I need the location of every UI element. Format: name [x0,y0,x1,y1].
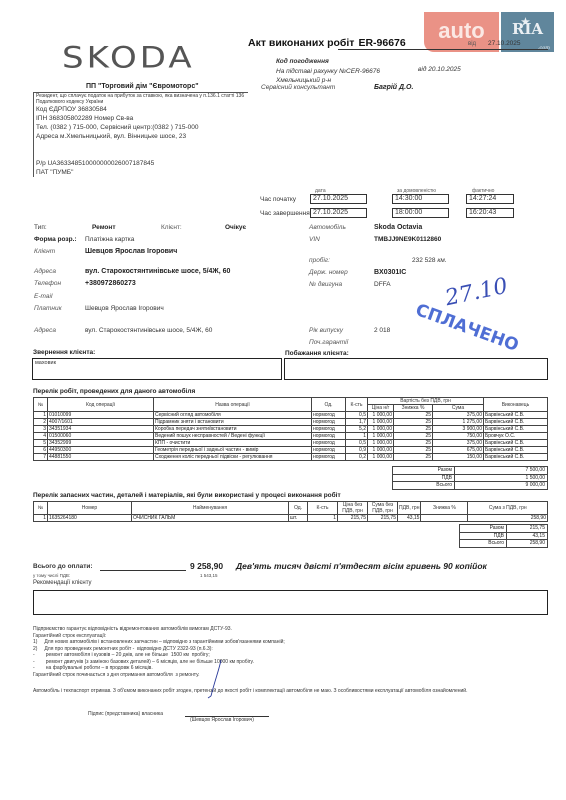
customer-name: Шевцов Ярослав Ігорович [85,248,177,255]
star-icon: ★ [521,6,530,40]
start-date-field: 27.10.2025 [310,194,367,204]
cell-discount [421,515,468,522]
complaint-box: маховик [32,358,282,380]
cell-qty: 1 [346,433,368,440]
cell-discount: 25 [394,412,433,419]
vat-amount: 1 543,15 [200,573,218,578]
cell-sum-vat: 258,90 [468,515,548,522]
signature-mark [205,658,225,700]
cell-performer: Барвінський С.В. [484,440,548,447]
cell-name: Ведений пошук несправностей / Ведені фун… [154,433,312,440]
cell-name: ОЧИСНИК ГАЛЬМ [132,515,289,522]
parts-title: Перелік запасних частин, деталей і матер… [33,492,341,499]
mileage-label: пробіг: [309,257,330,264]
approval-code-label: Код погодження [276,57,380,67]
cell-price: 1 000,00 [368,426,394,433]
cell-price: 1 000,00 [368,447,394,454]
col-discount: Знижка % [394,405,433,412]
plate-number: BX0301IC [374,269,406,276]
total-amount: 9 258,90 [190,561,223,571]
totals-row: ПДВ43,15 [460,532,548,540]
client-status-label: Клієнт: [161,224,182,231]
payer-label: Платник [34,305,62,312]
act-title: Акт виконаних робітER-96676 [248,37,406,49]
company-ipn: ІПН 368305802289 Номер Св-ва [36,114,248,123]
email-label: E-mail [34,293,52,300]
cell-code: 44881550 [48,454,154,461]
col-name: Найменування [132,502,289,515]
warranty-text: Підприємство гарантує відповідність відр… [33,626,553,678]
col-no: № [34,398,48,412]
cell-no: 3 [34,426,48,433]
works-table: № Код операції Назва операції Од. К-сть … [33,397,548,461]
cell-discount: 25 [394,433,433,440]
mileage-value: 232 528 [412,257,436,264]
col-price: Ціна н/г [368,405,394,412]
cell-code: 01500060 [48,433,154,440]
cell-sum: 1 275,00 [433,419,484,426]
mileage: 232 528 км. [412,257,447,264]
vat-label: у тому числі ПДВ: [33,573,70,578]
cell-qty: 0,5 [346,412,368,419]
company-account: Р/р UA363348510000000026007187845 [36,159,248,168]
wish-box [284,358,548,380]
cell-sum: 375,00 [433,412,484,419]
table-row: 644950300Геометрія передньої і задньої ч… [34,447,548,454]
cell-qty: 1 [308,515,338,522]
totals-row: Разом7 500,00 [393,467,548,475]
cell-no: 1 [34,412,48,419]
cell-performer: Барвінський С.В. [484,447,548,454]
col-sum-vat: Сума з ПДВ, грн [468,502,548,515]
cell-price: 1 000,00 [368,433,394,440]
cell-unit: нормогод [312,412,346,419]
cell-unit: нормогод [312,419,346,426]
table-row: 534352999КПП - очиститинормогод0,51 000,… [34,440,548,447]
end-date-field: 27.10.2025 [310,208,367,218]
acceptance-text: Автомобіль і техпаспорт отримав. З об'єм… [33,688,558,695]
total-label: Всього [393,482,455,490]
cell-code: 34351934 [48,426,154,433]
col-name: Назва операції [154,398,312,412]
company-address: Адреса м.Хмельницький, вул. Вінницьке шо… [36,132,248,141]
customer-address: вул. Старокостянтинівське шосе, 5/4Ж, 60 [85,268,230,275]
col-price: Ціна без ПДВ, грн [338,502,368,515]
cell-name: КПП - очистити [154,440,312,447]
col-unit: Од. [312,398,346,412]
table-row: 11635264180ОЧИСНИК ГАЛЬМшт.1215,75215,75… [34,515,548,522]
total-label: Разом [393,467,455,475]
company-edrpou: Код ЄДРПОУ 36830584 [36,105,248,114]
header-info: Код погодження На підставі рахунку №CER-… [276,57,380,86]
cell-vat: 43,15 [398,515,421,522]
col-sum-novat: Сума без ПДВ, грн [368,502,398,515]
engine-label: № двигуна [309,281,342,288]
cell-name: Геометрія передньої і задньої частин - в… [154,447,312,454]
totals-row: Всього258,90 [460,540,548,548]
total-value: 215,75 [507,525,548,533]
cell-qty: 1,7 [346,419,368,426]
complaint-text: маховик [33,359,281,367]
cell-discount: 25 [394,426,433,433]
cell-sum: 675,00 [433,447,484,454]
col-code: Код операції [48,398,154,412]
parts-totals: Разом215,75ПДВ43,15Всього258,90 [459,524,548,548]
mileage-unit: км. [437,257,446,264]
warranty-start-label: Поч.гарантії [309,339,348,346]
cell-discount: 25 [394,419,433,426]
cell-code: 01010099 [48,412,154,419]
col-number: Номер [48,502,132,515]
cell-name: Сервісний огляд автомобіля [154,412,312,419]
order-type: Ремонт [92,224,116,231]
wish-text [285,359,547,361]
act-title-text: Акт виконаних робіт [248,37,354,49]
engine-number: DFFA [374,281,391,288]
act-date: 27.10.2025 [488,40,521,47]
cell-unit: нормогод [312,433,346,440]
invoice-date: від 20.10.2025 [418,66,461,73]
paid-stamp: СПЛАЧЕНО [413,300,521,356]
cell-name: Коробка передач зняти/встановити [154,426,312,433]
act-from-label: від [468,41,476,47]
signature-label: Підпис (представника) власника [88,711,163,718]
col-vat: ПДВ, грн [398,502,421,515]
plate-label: Держ. номер [309,269,348,276]
signature-name: (Шевцов Ярослав Ігорович) [190,717,254,724]
cell-sum: 3 900,00 [433,426,484,433]
cell-price: 1 000,00 [368,454,394,461]
cell-no: 6 [34,447,48,454]
wish-label: Побажання клієнта: [285,350,349,357]
warranty-line: Гарантійний строк починається з дня отри… [33,672,553,679]
recommendations-box [33,590,548,615]
skoda-logo: SKODA [62,41,195,75]
cell-sum: 750,00 [433,433,484,440]
total-value: 258,90 [507,540,548,548]
cell-number: 1635264180 [48,515,132,522]
total-underline [100,570,186,571]
cell-qty: 0,5 [346,440,368,447]
invoice-basis: На підставі рахунку №CER-96676 [276,67,380,77]
works-title: Перелік робіт, проведених для даного авт… [33,388,195,395]
company-details: Резидент, що сплачує податок на прибуток… [33,92,248,177]
cell-no: 2 [34,419,48,426]
col-qty: К-сть [308,502,338,515]
customer-phone: +380972860273 [85,280,136,287]
company-name: ПП "Торговий дім "Євромоторс" [86,83,199,90]
total-label: Разом [460,525,507,533]
phone-label: Телефон [34,280,61,287]
col-performer: Виконавець [484,398,548,412]
recommendations-text [34,591,547,593]
cell-name: Сходження коліс передньої підвіски - рег… [154,454,312,461]
payment-form: Платіжна картка [85,236,134,243]
col-unit: Од. [289,502,308,515]
company-phone: Тел. (0382 ) 715-000, Сервісний центр:(0… [36,123,248,132]
time-grid: дата за домовленістю фактично Час початк… [260,188,560,224]
end-agreed-field: 18:00:00 [392,208,449,218]
company-bank: ПАТ "ПУМБ" [36,168,248,177]
cell-discount: 25 [394,454,433,461]
act-number: ER-96676 [358,37,405,49]
cell-sum: 375,00 [433,440,484,447]
cell-no: 7 [34,454,48,461]
cell-no: 1 [34,515,48,522]
col-qty: К-сть [346,398,368,412]
customer-label: Клієнт [34,248,55,255]
total-value: 1 500,00 [455,474,548,482]
end-actual-field: 16:20:43 [466,208,514,218]
cell-performer: Барвінський С.В. [484,412,548,419]
cell-qty: 0,9 [346,447,368,454]
vin-label: VIN [309,236,320,243]
cell-performer: Барвінський С.В. [484,454,548,461]
watermark-suffix: .com [538,45,550,51]
totals-row: Разом215,75 [460,525,548,533]
cell-code: 4007/1601 [48,419,154,426]
act-title-underline [338,49,548,50]
total-label: Всього до оплати: [33,563,93,570]
col-discount: Знижка % [421,502,468,515]
cell-unit: нормогод [312,426,346,433]
total-label: ПДВ [460,532,507,540]
payer-name: Шевцов Ярослав Ігорович [85,305,164,312]
type-label: Тип: [34,224,47,231]
total-value: 43,15 [507,532,548,540]
total-label: ПДВ [393,474,455,482]
cell-discount: 25 [394,447,433,454]
col-no: № [34,502,48,515]
cell-price: 1 000,00 [368,440,394,447]
cell-discount: 25 [394,440,433,447]
cell-unit: нормогод [312,447,346,454]
cell-sum: 150,00 [433,454,484,461]
table-row: 101010099Сервісний огляд автомобілянормо… [34,412,548,419]
cell-unit: нормогод [312,454,346,461]
payment-form-label: Форма розр.: [34,236,77,243]
parts-table: № Номер Найменування Од. К-сть Ціна без … [33,501,548,522]
start-time-label: Час початку [260,196,296,203]
cell-performer: Бровчук О.С. [484,433,548,440]
start-agreed-field: 14:30:00 [392,194,449,204]
totals-row: ПДВ1 500,00 [393,474,548,482]
cell-no: 4 [34,433,48,440]
payer-address: вул. Старокостянтинівське шосе, 5/4Ж, 60 [85,327,212,334]
cell-sum-novat: 215,75 [368,515,398,522]
payer-address-label: Адреса [34,327,56,334]
complaint-label: Звернення клієнта: [33,349,95,356]
cell-price: 1 000,00 [368,419,394,426]
end-time-label: Час завершення [260,210,310,217]
table-row: 24007/1601Підрамник зняти і встановитино… [34,419,548,426]
handwritten-date: 27.10 [443,274,510,312]
cell-qty: 5,2 [346,426,368,433]
total-in-words: Дев'ять тисяч двісті п'ятдесят вісім гри… [236,561,487,571]
col-cost-group: Вартість без ПДВ, грн [368,398,484,405]
cell-no: 5 [34,440,48,447]
cell-performer: Барвінський С.В. [484,426,548,433]
recommendations-label: Рекомендації клієнту [33,580,92,586]
consultant-label: Сервісний консультант [261,84,335,91]
cell-price: 215,75 [338,515,368,522]
table-row: 401500060Ведений пошук несправностей / В… [34,433,548,440]
car-label: Автомобіль [309,224,346,231]
cell-performer: Барвінський С.В. [484,419,548,426]
start-actual-field: 14:27:24 [466,194,514,204]
works-totals: Разом7 500,00ПДВ1 500,00Всього9 000,00 [392,466,548,490]
car-model: Skoda Octavia [374,224,422,231]
total-value: 7 500,00 [455,467,548,475]
cell-unit: шт. [289,515,308,522]
total-label: Всього [460,540,507,548]
total-value: 9 000,00 [455,482,548,490]
consultant-name: Багрій Д.О. [374,84,413,91]
table-row: 744881550Сходження коліс передньої підві… [34,454,548,461]
cell-price: 1 000,00 [368,412,394,419]
year: 2 018 [374,327,390,334]
cell-code: 44950300 [48,447,154,454]
totals-row: Всього9 000,00 [393,482,548,490]
cell-qty: 0,2 [346,454,368,461]
col-sum: Сума [433,405,484,412]
resident-note: Резидент, що сплачує податок на прибуток… [36,93,248,105]
vin: TMBJJ9NE9K0112860 [374,236,441,243]
address-label: Адреса [34,268,56,275]
table-row: 334351934Коробка передач зняти/встановит… [34,426,548,433]
cell-unit: нормогод [312,440,346,447]
cell-name: Підрамник зняти і встановити [154,419,312,426]
client-status: Очікує [225,224,246,231]
year-label: Рік випуску [309,327,343,334]
cell-code: 34352999 [48,440,154,447]
